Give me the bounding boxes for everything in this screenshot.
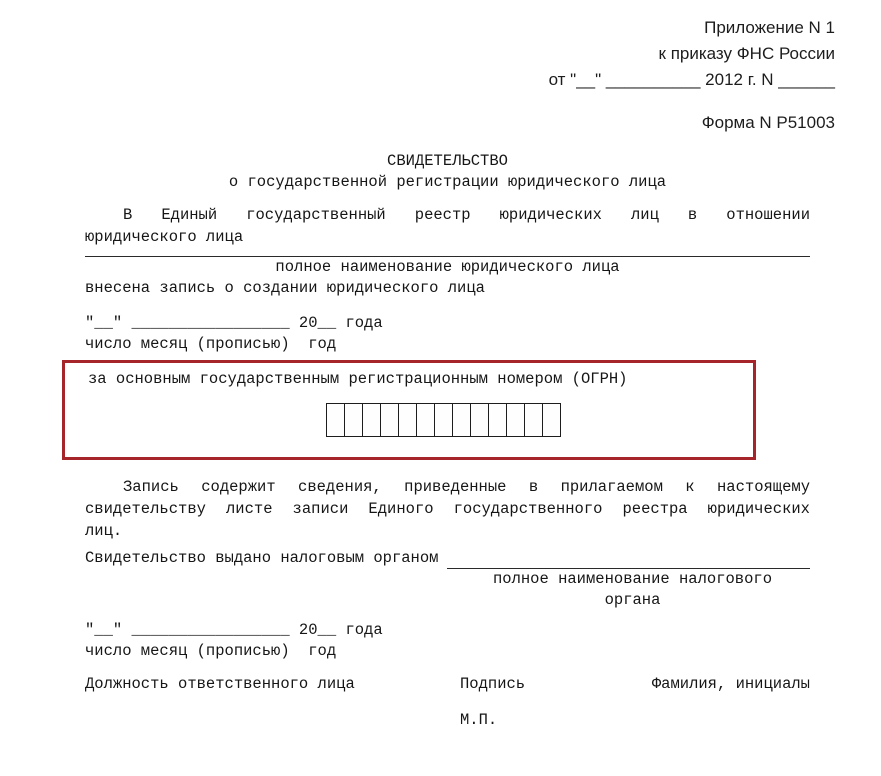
name-initials-label: Фамилия, инициалы bbox=[625, 674, 810, 695]
ogrn-cell bbox=[488, 403, 507, 437]
form-number: Форма N Р51003 bbox=[0, 110, 835, 136]
order-date-line: от "__" __________ 2012 г. N ______ bbox=[0, 67, 835, 93]
date-caption-2: число месяц (прописью) год bbox=[85, 641, 810, 662]
date-block-1: "__" _________________ 20__ года число м… bbox=[85, 313, 810, 355]
document-page: Приложение N 1 к приказу ФНС России от "… bbox=[0, 0, 881, 776]
ogrn-cell bbox=[326, 403, 345, 437]
intro-paragraph: В Единый государственный реестр юридичес… bbox=[85, 204, 810, 248]
record-line-3: лиц. bbox=[85, 520, 810, 542]
title-line-1: СВИДЕТЕЛЬСТВО bbox=[85, 151, 810, 172]
name-caption: полное наименование юридического лица bbox=[85, 257, 810, 278]
ogrn-highlight-box: за основным государственным регистрацион… bbox=[62, 360, 756, 460]
ogrn-cell bbox=[470, 403, 489, 437]
official-position-label: Должность ответственного лица bbox=[85, 674, 460, 695]
date-caption-1: число месяц (прописью) год bbox=[85, 334, 810, 355]
date-block-2: "__" _________________ 20__ года число м… bbox=[85, 620, 810, 662]
intro-line-1: В Единый государственный реестр юридичес… bbox=[85, 204, 810, 226]
date-value-1: "__" _________________ 20__ года bbox=[85, 313, 810, 334]
ogrn-label: за основным государственным регистрацион… bbox=[88, 370, 753, 388]
stamp-row: М.П. bbox=[85, 710, 810, 731]
ogrn-cell bbox=[344, 403, 363, 437]
ogrn-cell bbox=[434, 403, 453, 437]
ogrn-cell-row bbox=[326, 403, 753, 437]
ogrn-cell bbox=[398, 403, 417, 437]
ogrn-cell bbox=[362, 403, 381, 437]
tax-authority-fill-line bbox=[447, 550, 810, 569]
document-header: Приложение N 1 к приказу ФНС России от "… bbox=[0, 0, 881, 136]
annex-line: Приложение N 1 bbox=[0, 15, 835, 41]
signature-row: Должность ответственного лица Подпись Фа… bbox=[85, 674, 810, 695]
ogrn-cell bbox=[524, 403, 543, 437]
ogrn-cell bbox=[542, 403, 561, 437]
record-line-1: Запись содержит сведения, приведенные в … bbox=[85, 476, 810, 498]
document-body: СВИДЕТЕЛЬСТВО о государственной регистра… bbox=[0, 151, 881, 731]
intro-line-2: юридического лица bbox=[85, 226, 810, 248]
order-line: к приказу ФНС России bbox=[0, 41, 835, 67]
document-title: СВИДЕТЕЛЬСТВО о государственной регистра… bbox=[85, 151, 810, 193]
issued-by-text: Свидетельство выдано налоговым органом bbox=[85, 548, 438, 569]
stamp-spacer bbox=[85, 710, 460, 731]
tax-authority-caption-line-1: полное наименование налогового bbox=[455, 569, 810, 590]
ogrn-cell bbox=[452, 403, 471, 437]
tax-authority-caption-line-2: органа bbox=[455, 590, 810, 611]
ogrn-cell bbox=[506, 403, 525, 437]
record-paragraph: Запись содержит сведения, приведенные в … bbox=[85, 476, 810, 542]
stamp-spacer-right bbox=[625, 710, 810, 731]
issued-by-row: Свидетельство выдано налоговым органом bbox=[85, 548, 810, 569]
ogrn-cell bbox=[380, 403, 399, 437]
ogrn-cell bbox=[416, 403, 435, 437]
stamp-place-label: М.П. bbox=[460, 710, 625, 731]
signature-label: Подпись bbox=[460, 674, 625, 695]
record-line-2: свидетельству листе записи Единого госуд… bbox=[85, 498, 810, 520]
date-value-2: "__" _________________ 20__ года bbox=[85, 620, 810, 641]
title-line-2: о государственной регистрации юридическо… bbox=[85, 172, 810, 193]
tax-authority-caption: полное наименование налогового органа bbox=[455, 569, 810, 611]
record-entry-text: внесена запись о создании юридического л… bbox=[85, 278, 810, 299]
